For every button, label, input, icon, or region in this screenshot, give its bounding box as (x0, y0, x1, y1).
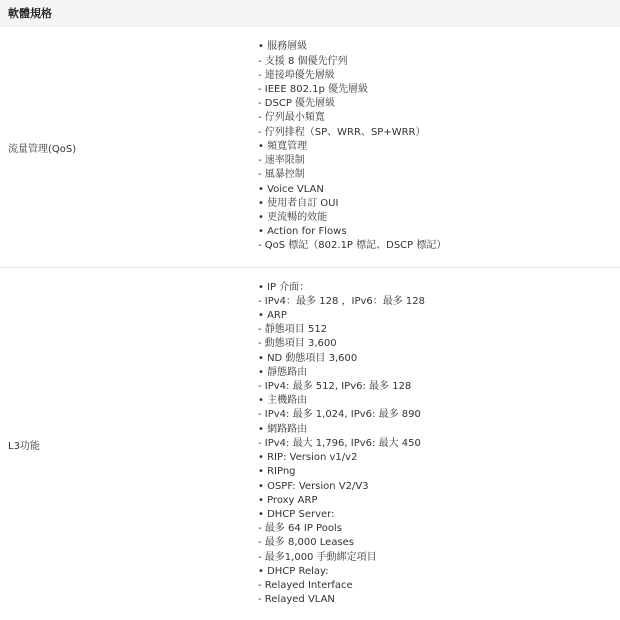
spec-line: • RIP: Version v1/v2 (258, 451, 620, 465)
spec-row-qos: 流量管理(QoS) • 服務層級 - 支援 8 個優先佇列 - 連接埠優先層級 … (0, 27, 620, 268)
spec-line: • IP 介面： (258, 281, 620, 295)
spec-line: • 頻寬管理 (258, 140, 620, 154)
software-spec-section: 軟體規格 流量管理(QoS) • 服務層級 - 支援 8 個優先佇列 - 連接埠… (0, 0, 620, 620)
spec-line: - IPv4：最多 128 ，IPv6：最多 128 (258, 295, 620, 309)
spec-line: - 佇列最小頻寬 (258, 111, 620, 125)
spec-line: • Action for Flows (258, 225, 620, 239)
spec-line: - 動態項目 3,600 (258, 337, 620, 351)
spec-line: - QoS 標記（802.1P 標記、DSCP 標記） (258, 239, 620, 253)
spec-line: - IEEE 802.1p 優先層級 (258, 83, 620, 97)
spec-label: L3功能 (0, 268, 252, 620)
spec-line: • Proxy ARP (258, 494, 620, 508)
spec-line: - 佇列排程（SP、WRR、SP+WRR） (258, 126, 620, 140)
spec-line: - 風暴控制 (258, 168, 620, 182)
spec-line: - Relayed VLAN (258, 593, 620, 607)
spec-line: - IPv4: 最大 1,796, IPv6: 最大 450 (258, 437, 620, 451)
spec-line: • 靜態路由 (258, 366, 620, 380)
spec-line: - 最多1,000 手動綁定項目 (258, 551, 620, 565)
spec-line: - 連接埠優先層級 (258, 69, 620, 83)
spec-line: - 支援 8 個優先佇列 (258, 55, 620, 69)
spec-values-list: • 服務層級 - 支援 8 個優先佇列 - 連接埠優先層級 - IEEE 802… (252, 27, 620, 267)
spec-line: - 速率限制 (258, 154, 620, 168)
spec-line: - DSCP 優先層級 (258, 97, 620, 111)
spec-row-l3: L3功能 • IP 介面： - IPv4：最多 128 ，IPv6：最多 128… (0, 268, 620, 620)
spec-line: • Voice VLAN (258, 183, 620, 197)
spec-line: • 更流暢的效能 (258, 211, 620, 225)
spec-label: 流量管理(QoS) (0, 27, 252, 267)
spec-line: • RIPng (258, 465, 620, 479)
spec-line: - 最多 8,000 Leases (258, 536, 620, 550)
spec-line: • 服務層級 (258, 40, 620, 54)
spec-line: • DHCP Server: (258, 508, 620, 522)
spec-line: • OSPF: Version V2/V3 (258, 480, 620, 494)
spec-values-list: • IP 介面： - IPv4：最多 128 ，IPv6：最多 128 • AR… (252, 268, 620, 620)
spec-line: • ARP (258, 309, 620, 323)
spec-line: - 靜態項目 512 (258, 323, 620, 337)
spec-line: - 最多 64 IP Pools (258, 522, 620, 536)
spec-line: • 網路路由 (258, 423, 620, 437)
spec-line: - IPv4: 最多 1,024, IPv6: 最多 890 (258, 408, 620, 422)
section-title: 軟體規格 (0, 0, 620, 27)
spec-line: • 主機路由 (258, 394, 620, 408)
spec-line: • ND 動態項目 3,600 (258, 352, 620, 366)
spec-line: - IPv4: 最多 512, IPv6: 最多 128 (258, 380, 620, 394)
spec-line: • DHCP Relay: (258, 565, 620, 579)
spec-line: • 使用者自訂 OUI (258, 197, 620, 211)
spec-line: - Relayed Interface (258, 579, 620, 593)
